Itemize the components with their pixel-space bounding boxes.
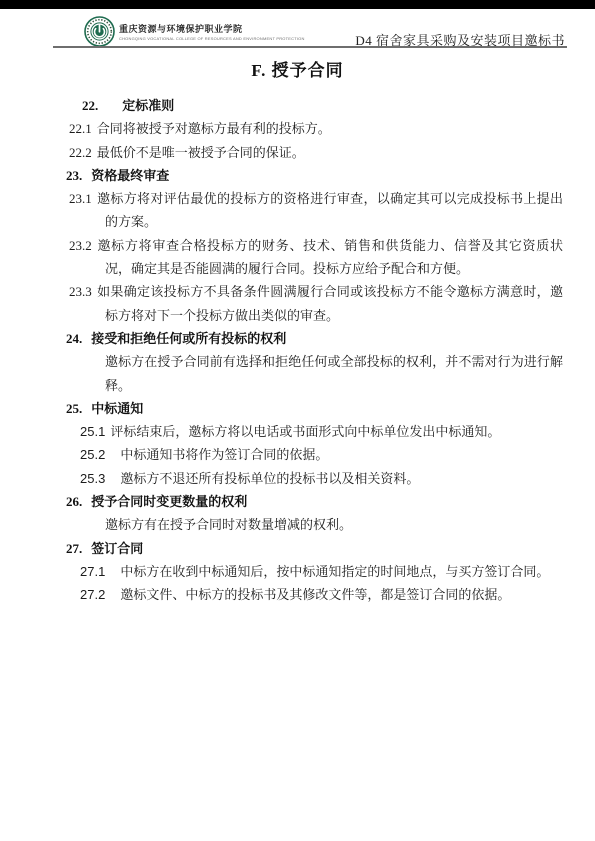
page-title: F. 授予合同 <box>0 56 595 81</box>
clause-number: 25.3 <box>80 471 105 486</box>
section-heading: 22.定标准则 <box>66 94 563 117</box>
document-page: 重庆资源与环境保护职业学院 CHONGQING VOCATIONAL COLLE… <box>0 0 595 841</box>
clause-text: 如果确定该投标方不具备条件圆满履行合同或该投标方不能令邀标方满意时，邀标方将对下… <box>97 284 563 322</box>
section-heading-text: 定标准则 <box>122 98 174 113</box>
document-body: 22.定标准则22.1合同将被授予对邀标方最有利的投标方。22.2最低价不是唯一… <box>66 94 563 607</box>
clause-text: 最低价不是唯一被授予合同的保证。 <box>97 145 305 160</box>
clause-text: 邀标方将对评估最优的投标方的资格进行审查，以确定其可以完成投标书上提出的方案。 <box>97 191 563 229</box>
clause-text: 评标结束后，邀标方将以电话或书面形式向中标单位发出中标通知。 <box>110 424 500 439</box>
section-number: 26. <box>66 494 82 509</box>
section-heading: 27.签订合同 <box>66 537 563 560</box>
section-number: 22. <box>82 98 98 113</box>
clause-paragraph: 邀标方在授予合同前有选择和拒绝任何或全部投标的权利，并不需对行为进行解释。 <box>66 350 563 397</box>
clause-number: 22.2 <box>69 145 92 160</box>
clause-number: 22.1 <box>69 121 92 136</box>
section-heading-text: 签订合同 <box>91 541 143 556</box>
clause: 25.2中标通知书将作为签订合同的依据。 <box>80 443 563 466</box>
header-rule <box>53 46 567 48</box>
section-24: 24.接受和拒绝任何或所有投标的权利邀标方在授予合同前有选择和拒绝任何或全部投标… <box>66 327 563 397</box>
clause-paragraph: 邀标方有在授予合同时对数量增减的权利。 <box>66 513 563 536</box>
page-header: 重庆资源与环境保护职业学院 CHONGQING VOCATIONAL COLLE… <box>0 0 595 50</box>
section-heading: 24.接受和拒绝任何或所有投标的权利 <box>66 327 563 350</box>
clause-text: 邀标文件、中标方的投标书及其修改文件等，都是签订合同的依据。 <box>120 587 510 602</box>
college-name-block: 重庆资源与环境保护职业学院 CHONGQING VOCATIONAL COLLE… <box>119 22 305 41</box>
section-23: 23.资格最终审查23.1邀标方将对评估最优的投标方的资格进行审查，以确定其可以… <box>66 164 563 327</box>
clause-text: 中标通知书将作为签订合同的依据。 <box>120 447 328 462</box>
section-number: 24. <box>66 331 82 346</box>
section-heading-text: 中标通知 <box>91 401 143 416</box>
section-heading: 25.中标通知 <box>66 397 563 420</box>
clause-text: 合同将被授予对邀标方最有利的投标方。 <box>97 121 331 136</box>
clause: 23.3如果确定该投标方不具备条件圆满履行合同或该投标方不能令邀标方满意时，邀标… <box>69 280 563 327</box>
clause: 27.2邀标文件、中标方的投标书及其修改文件等，都是签订合同的依据。 <box>80 583 563 606</box>
college-logo-block: 重庆资源与环境保护职业学院 CHONGQING VOCATIONAL COLLE… <box>84 16 305 47</box>
section-26: 26.授予合同时变更数量的权利邀标方有在授予合同时对数量增减的权利。 <box>66 490 563 537</box>
clause: 23.2邀标方将审查合格投标方的财务、技术、销售和供货能力、信誉及其它资质状况，… <box>69 234 563 281</box>
clause: 25.1评标结束后，邀标方将以电话或书面形式向中标单位发出中标通知。 <box>80 420 563 443</box>
clause-number: 25.1 <box>80 424 105 439</box>
section-heading-text: 授予合同时变更数量的权利 <box>91 494 247 509</box>
clause-text: 中标方在收到中标通知后，按中标通知指定的时间地点，与买方签订合同。 <box>120 564 549 579</box>
clause-number: 23.2 <box>69 238 92 253</box>
clause: 25.3邀标方不退还所有投标单位的投标书以及相关资料。 <box>80 467 563 490</box>
clause-text: 邀标方不退还所有投标单位的投标书以及相关资料。 <box>120 471 419 486</box>
clause: 22.2最低价不是唯一被授予合同的保证。 <box>69 141 563 164</box>
college-name-en: CHONGQING VOCATIONAL COLLEGE OF RESOURCE… <box>119 36 305 41</box>
section-heading: 23.资格最终审查 <box>66 164 563 187</box>
clause-number: 23.1 <box>69 191 92 206</box>
clause-number: 27.1 <box>80 564 105 579</box>
clause: 22.1合同将被授予对邀标方最有利的投标方。 <box>69 117 563 140</box>
section-number: 25. <box>66 401 82 416</box>
college-name-cn: 重庆资源与环境保护职业学院 <box>119 22 305 35</box>
clause-number: 27.2 <box>80 587 105 602</box>
section-heading-text: 接受和拒绝任何或所有投标的权利 <box>91 331 286 346</box>
section-heading: 26.授予合同时变更数量的权利 <box>66 490 563 513</box>
clause: 23.1邀标方将对评估最优的投标方的资格进行审查，以确定其可以完成投标书上提出的… <box>69 187 563 234</box>
clause-text: 邀标方将审查合格投标方的财务、技术、销售和供货能力、信誉及其它资质状况，确定其是… <box>97 238 563 276</box>
section-25: 25.中标通知25.1评标结束后，邀标方将以电话或书面形式向中标单位发出中标通知… <box>66 397 563 490</box>
section-number: 27. <box>66 541 82 556</box>
clause-number: 25.2 <box>80 447 105 462</box>
section-number: 23. <box>66 168 82 183</box>
section-22: 22.定标准则22.1合同将被授予对邀标方最有利的投标方。22.2最低价不是唯一… <box>66 94 563 164</box>
section-27: 27.签订合同27.1中标方在收到中标通知后，按中标通知指定的时间地点，与买方签… <box>66 537 563 607</box>
clause: 27.1中标方在收到中标通知后，按中标通知指定的时间地点，与买方签订合同。 <box>80 560 563 583</box>
college-logo-icon <box>84 16 115 47</box>
clause-number: 23.3 <box>69 284 92 299</box>
section-heading-text: 资格最终审查 <box>91 168 169 183</box>
